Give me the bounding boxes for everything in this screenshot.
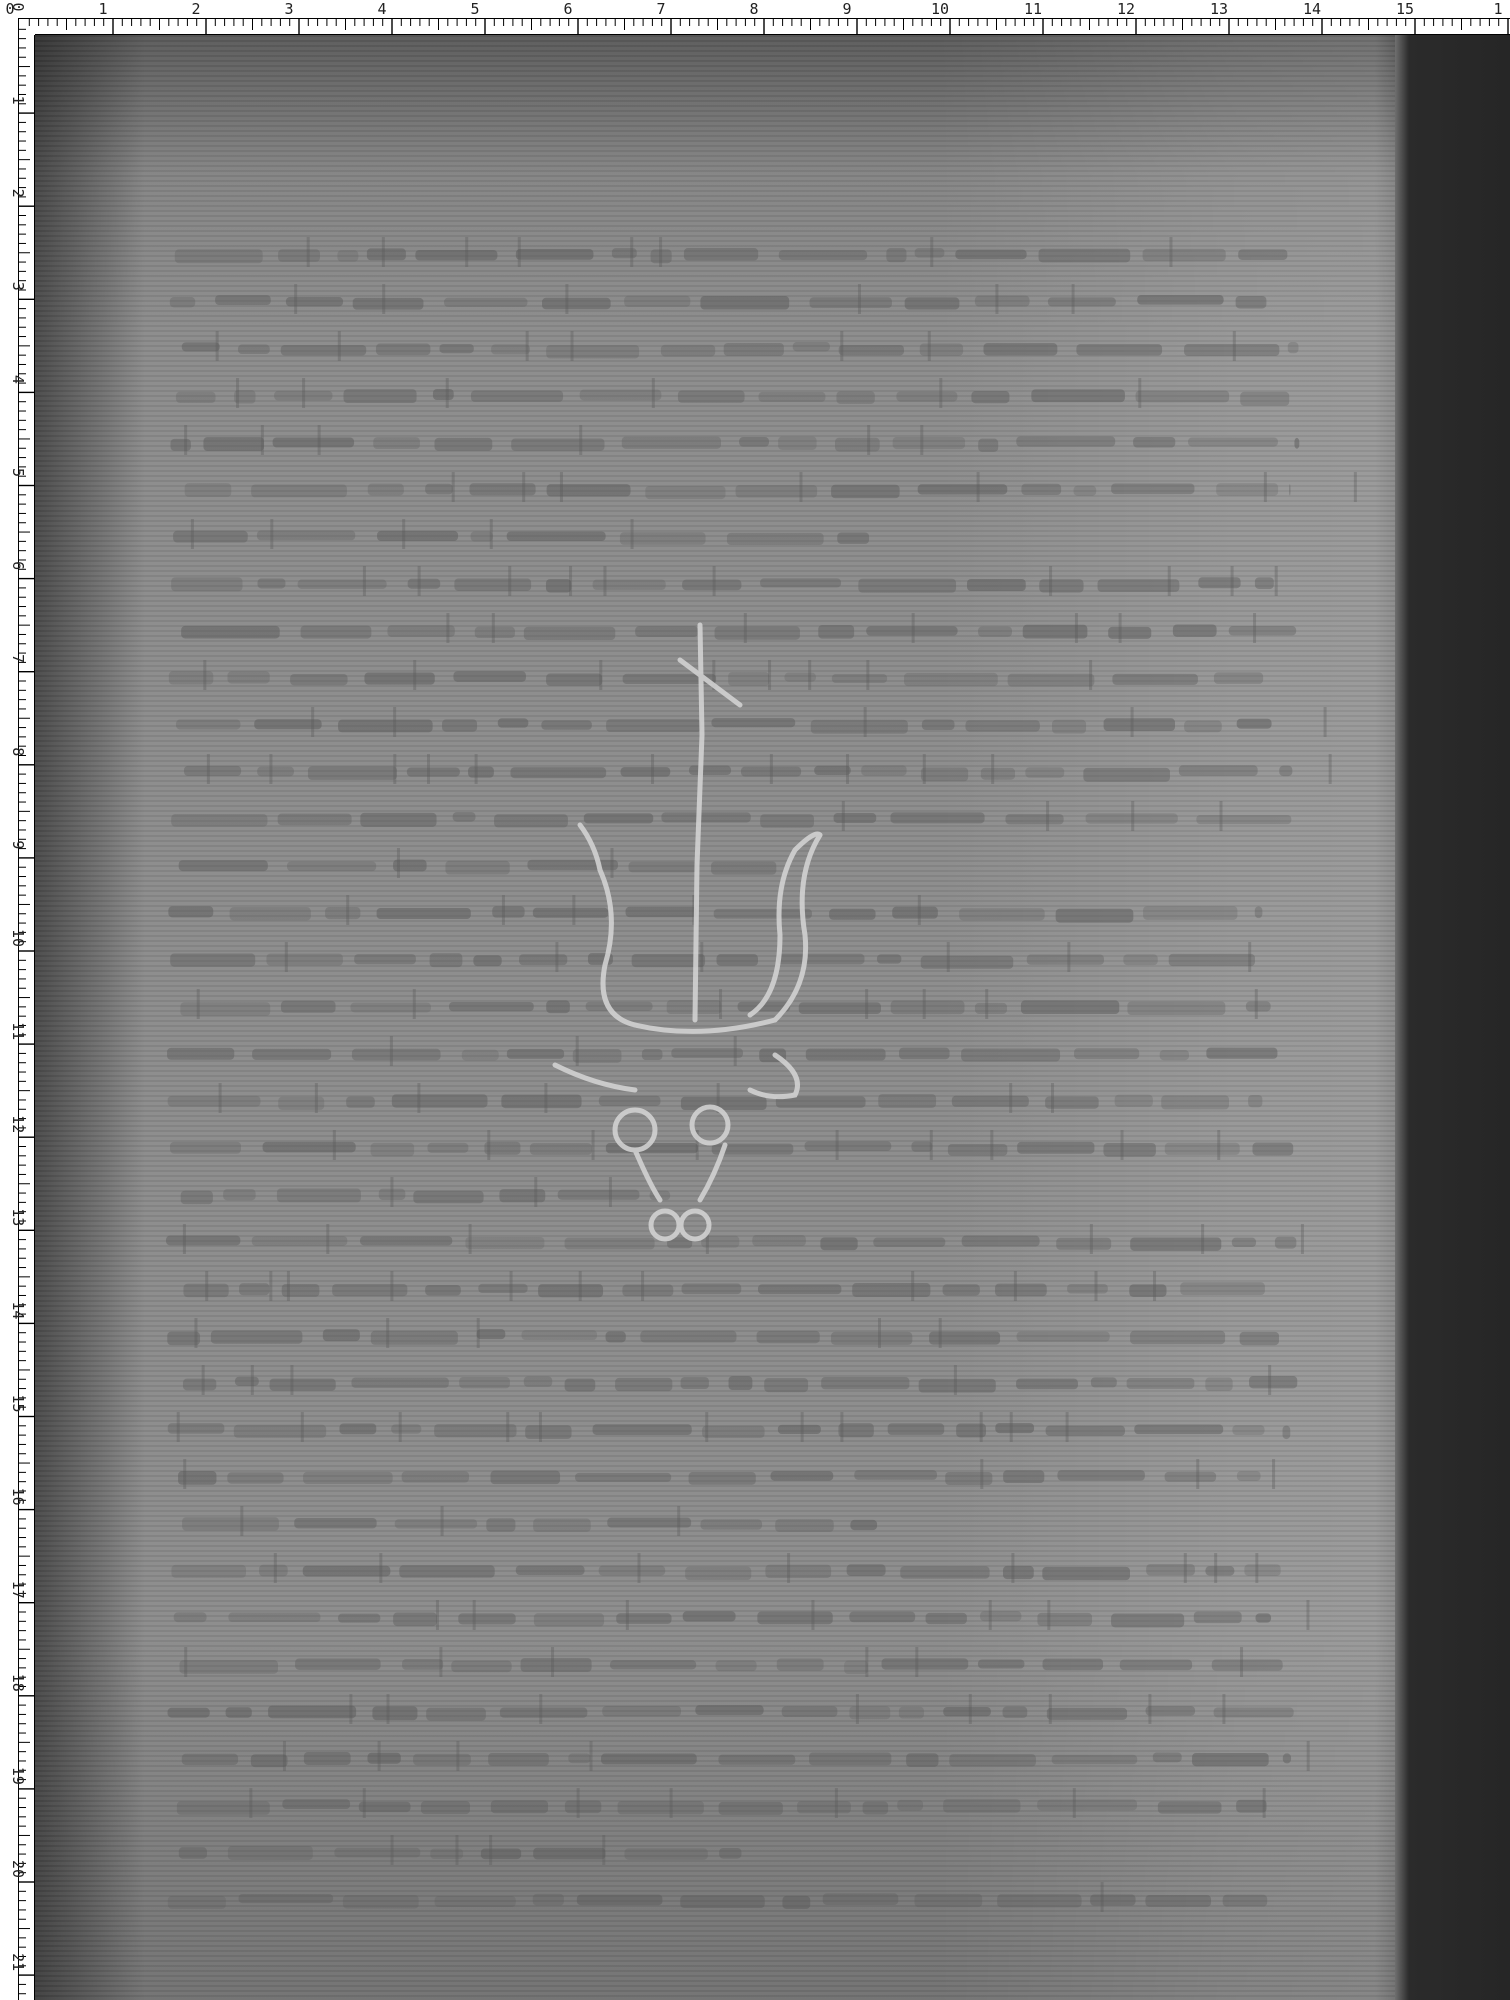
ruler-ticks: 0123456789101112131415101234567891011121… bbox=[0, 0, 1510, 2000]
ruler-left-label: 8 bbox=[9, 747, 27, 756]
ruler-left-label: 2 bbox=[9, 189, 27, 198]
ruler-left-label: 14 bbox=[9, 1301, 27, 1319]
ruler-left-label: 1 bbox=[9, 96, 27, 105]
ruler-top-label: 8 bbox=[749, 0, 758, 18]
ruler-left-label: 3 bbox=[9, 282, 27, 291]
ruler-left-label: 7 bbox=[9, 654, 27, 663]
ruler-left-label: 9 bbox=[9, 840, 27, 849]
ruler-top-label: 5 bbox=[470, 0, 479, 18]
ruler-left-label: 4 bbox=[9, 375, 27, 384]
ruler-left-label: 18 bbox=[9, 1674, 27, 1692]
ruler-left-label: 15 bbox=[9, 1394, 27, 1412]
ruler-top-label: 9 bbox=[842, 0, 851, 18]
ruler-left-label: 10 bbox=[9, 929, 27, 947]
ruler-top-label: 1 bbox=[98, 0, 107, 18]
ruler-top-label: 3 bbox=[284, 0, 293, 18]
ruler-left-label: 0 bbox=[9, 2, 27, 11]
ruler-top-label: 6 bbox=[563, 0, 572, 18]
ruler-left-label: 20 bbox=[9, 1860, 27, 1878]
ruler-left-label: 19 bbox=[9, 1767, 27, 1785]
ruler-top-label: 4 bbox=[377, 0, 386, 18]
ruler-top-label: 14 bbox=[1303, 0, 1321, 18]
ruler-left-label: 12 bbox=[9, 1115, 27, 1133]
ruler-left-label: 11 bbox=[9, 1022, 27, 1040]
ruler-left-label: 16 bbox=[9, 1488, 27, 1506]
ruler-left-label: 5 bbox=[9, 468, 27, 477]
ruler-left-label: 21 bbox=[9, 1953, 27, 1971]
ruler-top-label: 13 bbox=[1210, 0, 1228, 18]
ruler-left-label: 17 bbox=[9, 1581, 27, 1599]
ruler-top-label: 7 bbox=[656, 0, 665, 18]
ruler-top-label: 10 bbox=[931, 0, 949, 18]
ruler-top-label: 2 bbox=[191, 0, 200, 18]
ruler-top-label: 12 bbox=[1117, 0, 1135, 18]
ruler-top-label: 15 bbox=[1396, 0, 1414, 18]
ruler-left-label: 13 bbox=[9, 1208, 27, 1226]
ruler-top-label: 1 bbox=[1493, 0, 1502, 18]
ruler-top-label: 11 bbox=[1024, 0, 1042, 18]
ruler-left-label: 6 bbox=[9, 561, 27, 570]
